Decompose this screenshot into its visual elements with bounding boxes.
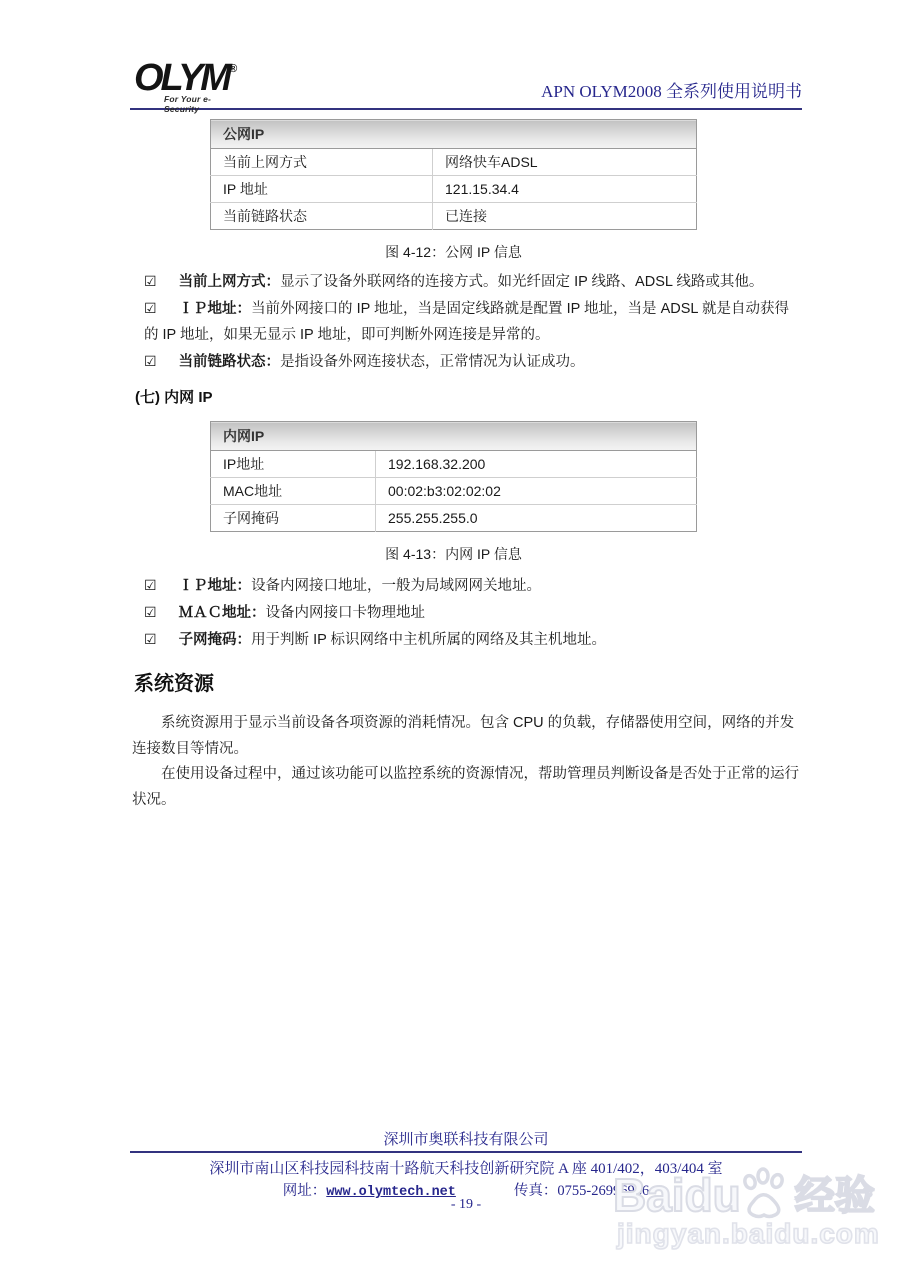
lan-ip-table-block: 内网IP IP地址 192.168.32.200 MAC地址 00:02:b3:… (210, 421, 697, 564)
row-label: 当前上网方式 (211, 149, 433, 176)
section-heading-system-resources: 系统资源 (134, 667, 214, 696)
lan-table-title: 内网IP (211, 422, 697, 451)
wan-ip-table: 公网IP 当前上网方式 网络快车ADSL IP 地址 121.15.34.4 当… (210, 119, 697, 230)
table-row: 子网掩码 255.255.255.0 (211, 505, 697, 532)
bullet-term: 当前上网方式： (179, 274, 281, 290)
bullet-desc: 是指设备外网连接状态，正常情况为认证成功。 (280, 354, 585, 370)
bullet-desc: 设备内网接口卡物理地址 (266, 605, 426, 621)
watermark-url: jingyan.baidu.com (613, 1218, 903, 1250)
row-value: 00:02:b3:02:02:02 (376, 478, 697, 505)
paragraph: 系统资源用于显示当前设备各项资源的消耗情况。包含 CPU 的负载，存储器使用空间… (132, 711, 802, 762)
row-value: 192.168.32.200 (376, 451, 697, 478)
row-label: IP 地址 (211, 176, 433, 203)
document-title: APN OLYM2008 全系列使用说明书 (541, 77, 802, 102)
checked-checkbox-icon: ☑ (144, 300, 157, 316)
checked-checkbox-icon: ☑ (144, 273, 157, 289)
bullet-term: ＩＰ地址： (179, 301, 252, 317)
bullet-term: ＩＰ地址： (179, 578, 252, 594)
row-value: 255.255.255.0 (376, 505, 697, 532)
checked-checkbox-icon: ☑ (144, 353, 157, 369)
logo-wordmark: OLYM® (134, 50, 244, 97)
checked-checkbox-icon: ☑ (144, 631, 157, 647)
footer-address: 深圳市南山区科技园科技南十路航天科技创新研究院 A 座 401/402，403/… (130, 1157, 802, 1178)
list-item: ☑当前链路状态：是指设备外网连接状态，正常情况为认证成功。 (144, 348, 802, 375)
table-row: IP地址 192.168.32.200 (211, 451, 697, 478)
row-label: 当前链路状态 (211, 203, 433, 230)
list-item: ☑ＭＡＣ地址：设备内网接口卡物理地址 (144, 599, 802, 626)
table-row: MAC地址 00:02:b3:02:02:02 (211, 478, 697, 505)
page-header: OLYM® For Your e-Security APN OLYM2008 全… (130, 50, 802, 110)
bullet-desc: 设备内网接口地址，一般为局域网网关地址。 (251, 578, 541, 594)
list-item: ☑当前上网方式：显示了设备外联网络的连接方式。如光纤固定 IP 线路、ADSL … (144, 268, 802, 295)
bullet-desc: 用于判断 IP 标识网络中主机所属的网络及其主机地址。 (251, 632, 606, 648)
logo-text: OLYM (134, 57, 229, 99)
bullet-term: ＭＡＣ地址： (179, 605, 266, 621)
system-resources-paragraphs: 系统资源用于显示当前设备各项资源的消耗情况。包含 CPU 的负载，存储器使用空间… (132, 711, 802, 813)
wan-bullet-list: ☑当前上网方式：显示了设备外联网络的连接方式。如光纤固定 IP 线路、ADSL … (144, 268, 802, 375)
lan-bullet-list: ☑ＩＰ地址：设备内网接口地址，一般为局域网网关地址。 ☑ＭＡＣ地址：设备内网接口… (144, 572, 802, 653)
watermark-cn-text: 经验 (795, 1174, 875, 1218)
row-label: IP地址 (211, 451, 376, 478)
olym-logo: OLYM® For Your e-Security (134, 50, 244, 114)
footer-company-name: 深圳市奥联科技有限公司 (130, 1128, 802, 1149)
footer-divider (130, 1151, 802, 1153)
list-item: ☑ＩＰ地址：当前外网接口的 IP 地址，当是固定线路就是配置 IP 地址，当是 … (144, 295, 802, 348)
table-row: 当前链路状态 已连接 (211, 203, 697, 230)
row-label: MAC地址 (211, 478, 376, 505)
lan-ip-table: 内网IP IP地址 192.168.32.200 MAC地址 00:02:b3:… (210, 421, 697, 532)
table-row: 当前上网方式 网络快车ADSL (211, 149, 697, 176)
section-heading-lan-ip: (七) 内网 IP (135, 386, 213, 407)
row-value: 121.15.34.4 (433, 176, 697, 203)
wan-table-title: 公网IP (211, 120, 697, 149)
paragraph: 在使用设备过程中，通过该功能可以监控系统的资源情况，帮助管理员判断设备是否处于正… (132, 762, 802, 813)
figure-caption-4-13: 图 4-13：内网 IP 信息 (210, 544, 697, 564)
bullet-desc: 显示了设备外联网络的连接方式。如光纤固定 IP 线路、ADSL 线路或其他。 (280, 274, 763, 290)
row-value: 网络快车ADSL (433, 149, 697, 176)
checked-checkbox-icon: ☑ (144, 604, 157, 620)
table-row: IP 地址 121.15.34.4 (211, 176, 697, 203)
registered-trademark-icon: ® (229, 63, 237, 75)
page-number: - 19 - (130, 1197, 802, 1213)
bullet-term: 子网掩码： (179, 632, 252, 648)
figure-caption-4-12: 图 4-12：公网 IP 信息 (210, 242, 697, 262)
wan-ip-table-block: 公网IP 当前上网方式 网络快车ADSL IP 地址 121.15.34.4 当… (210, 119, 697, 262)
bullet-term: 当前链路状态： (179, 354, 281, 370)
row-value: 已连接 (433, 203, 697, 230)
list-item: ☑子网掩码：用于判断 IP 标识网络中主机所属的网络及其主机地址。 (144, 626, 802, 653)
row-label: 子网掩码 (211, 505, 376, 532)
checked-checkbox-icon: ☑ (144, 577, 157, 593)
manual-page: OLYM® For Your e-Security APN OLYM2008 全… (0, 0, 905, 1280)
list-item: ☑ＩＰ地址：设备内网接口地址，一般为局域网网关地址。 (144, 572, 802, 599)
